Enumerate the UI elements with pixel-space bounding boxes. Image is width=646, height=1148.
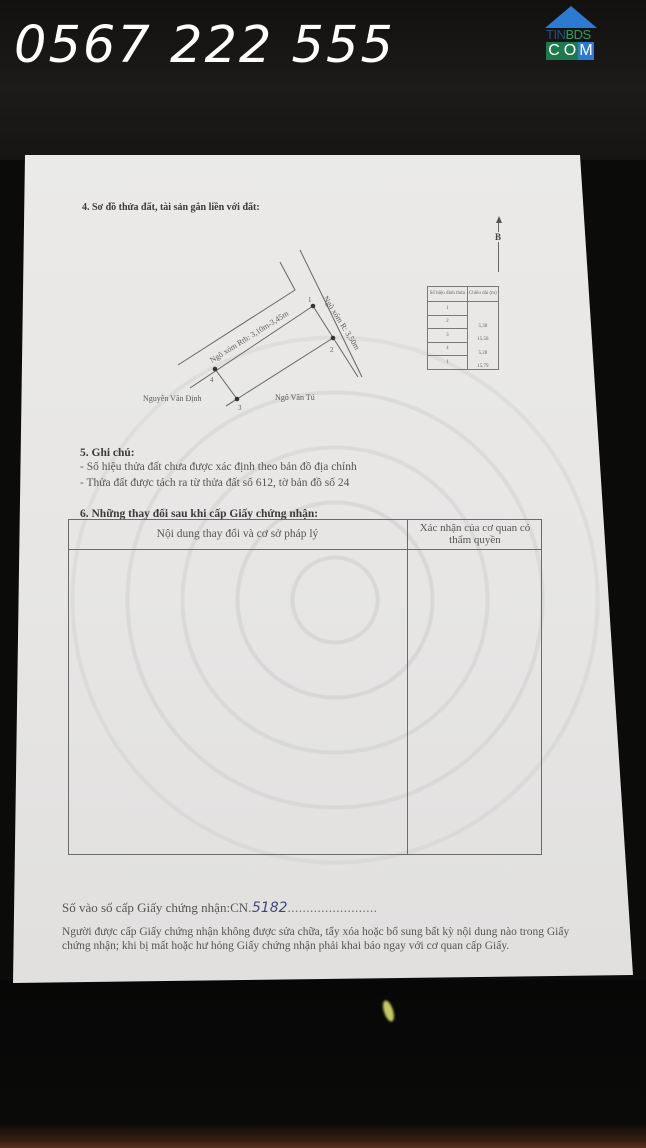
- vertex-dimension-table: Số hiệu đỉnh thửa Chiều dài (m) 1 2 5,38…: [427, 286, 499, 370]
- certificate-page: 4. Sơ đồ thửa đất, tài sản gắn liền với …: [0, 0, 646, 1148]
- vertex-3-label: 3: [238, 404, 242, 412]
- dim-row: 3 15,58: [428, 329, 499, 343]
- vertex-1-label: 1: [308, 296, 312, 304]
- changes-header-confirmation: Xác nhận của cơ quan có thẩm quyền: [408, 522, 542, 546]
- certificate-register-line: Số vào sổ cấp Giấy chứng nhận:CN.5182...…: [62, 900, 378, 916]
- dim-header-length: Chiều dài (m): [467, 287, 498, 302]
- changes-header-content: Nội dung thay đổi và cơ sở pháp lý: [68, 528, 407, 540]
- changes-table: Nội dung thay đổi và cơ sở pháp lý Xác n…: [68, 519, 542, 855]
- dim-row: 2 5,38: [428, 315, 499, 329]
- dim-row: 1: [428, 302, 499, 316]
- register-prefix: CN: [230, 900, 248, 915]
- register-label: Số vào sổ cấp Giấy chứng nhận:: [62, 900, 230, 915]
- certificate-content: 4. Sơ đồ thửa đất, tài sản gắn liền với …: [0, 0, 646, 1148]
- neighbor-west-label: Nguyễn Văn Định: [143, 394, 202, 403]
- vertex-4-label: 4: [210, 376, 214, 384]
- note-item: - Thửa đất được tách ra từ thửa đất số 6…: [80, 477, 349, 489]
- vertex-2-label: 2: [330, 346, 334, 354]
- dim-row: 4 5,28: [428, 342, 499, 356]
- road-label-north-west: Ngõ xóm Rth: 3,10m-3,45m: [208, 308, 291, 364]
- dim-row: 1 15,79: [428, 356, 499, 370]
- section-5-title: 5. Ghi chú:: [80, 447, 135, 459]
- register-number: 5182: [252, 900, 288, 916]
- logo-text-top: TINBDS: [546, 28, 591, 41]
- neighbor-south-label: Ngô Văn Tú: [275, 393, 315, 402]
- dim-header-vertex: Số hiệu đỉnh thửa: [428, 287, 468, 302]
- house-roof-icon: [545, 6, 597, 28]
- background-bottom: [0, 980, 646, 1148]
- note-item: - Số hiệu thửa đất chưa được xác định th…: [80, 461, 357, 473]
- certificate-warning: Người được cấp Giấy chứng nhận không đượ…: [62, 925, 592, 953]
- watermark-phone-number: 0567 222 555: [14, 16, 395, 75]
- logo-text-bottom: C O M: [546, 42, 594, 60]
- tinbds-logo: TINBDS C O M: [540, 4, 602, 64]
- road-label-north-east: Ngõ xóm R: 3,50m: [321, 294, 362, 352]
